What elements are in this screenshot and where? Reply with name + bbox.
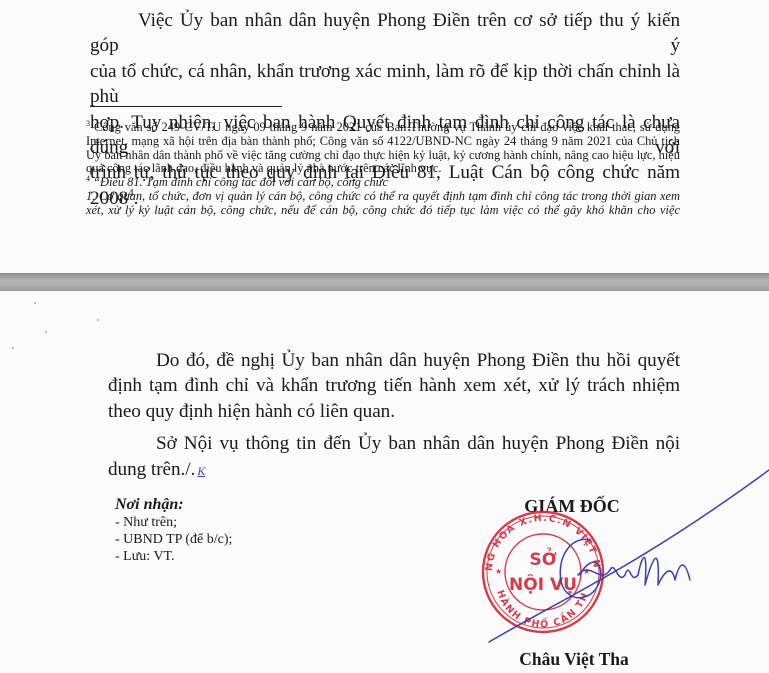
recipient-item: - UBND TP (để b/c); <box>115 531 232 548</box>
footnote-separator <box>90 106 282 107</box>
paragraph-notice: Sở Nội vụ thông tin đến Ủy ban nhân dân … <box>108 431 680 484</box>
footnote-4-text: 1. Cơ quan, tổ chức, đơn vị quản lý cán … <box>86 190 680 218</box>
page-break <box>0 273 769 291</box>
footnote-4-heading: 4 “Điều 81. Tạm đình chỉ công tác đối vớ… <box>86 176 680 190</box>
document-page-1: Việc Ủy ban nhân dân huyện Phong Điền tr… <box>0 0 769 273</box>
recipients-heading: Nơi nhận: <box>115 495 232 514</box>
recipients-block: Nơi nhận: - Như trên; - UBND TP (để b/c)… <box>115 495 232 565</box>
paragraph-line: Việc Ủy ban nhân dân huyện Phong Điền tr… <box>90 8 680 59</box>
signer-title: GIÁM ĐỐC <box>522 496 622 517</box>
closing-paragraph: Do đó, đề nghị Ủy ban nhân dân huyện Pho… <box>108 348 680 484</box>
paragraph-line: của tổ chức, cá nhân, khẩn trương xác mi… <box>90 59 680 110</box>
signer-name: Châu Việt Tha <box>514 649 634 670</box>
recipient-item: - Như trên; <box>115 514 232 531</box>
footnotes: 3 Công văn số 249-CV/TU ngày 09 tháng 9 … <box>86 121 680 218</box>
initials-mark: K <box>197 464 205 478</box>
footnote-3: 3 Công văn số 249-CV/TU ngày 09 tháng 9 … <box>86 121 680 176</box>
paragraph-request: Do đó, đề nghị Ủy ban nhân dân huyện Pho… <box>108 348 680 424</box>
recipient-item: - Lưu: VT. <box>115 548 232 565</box>
